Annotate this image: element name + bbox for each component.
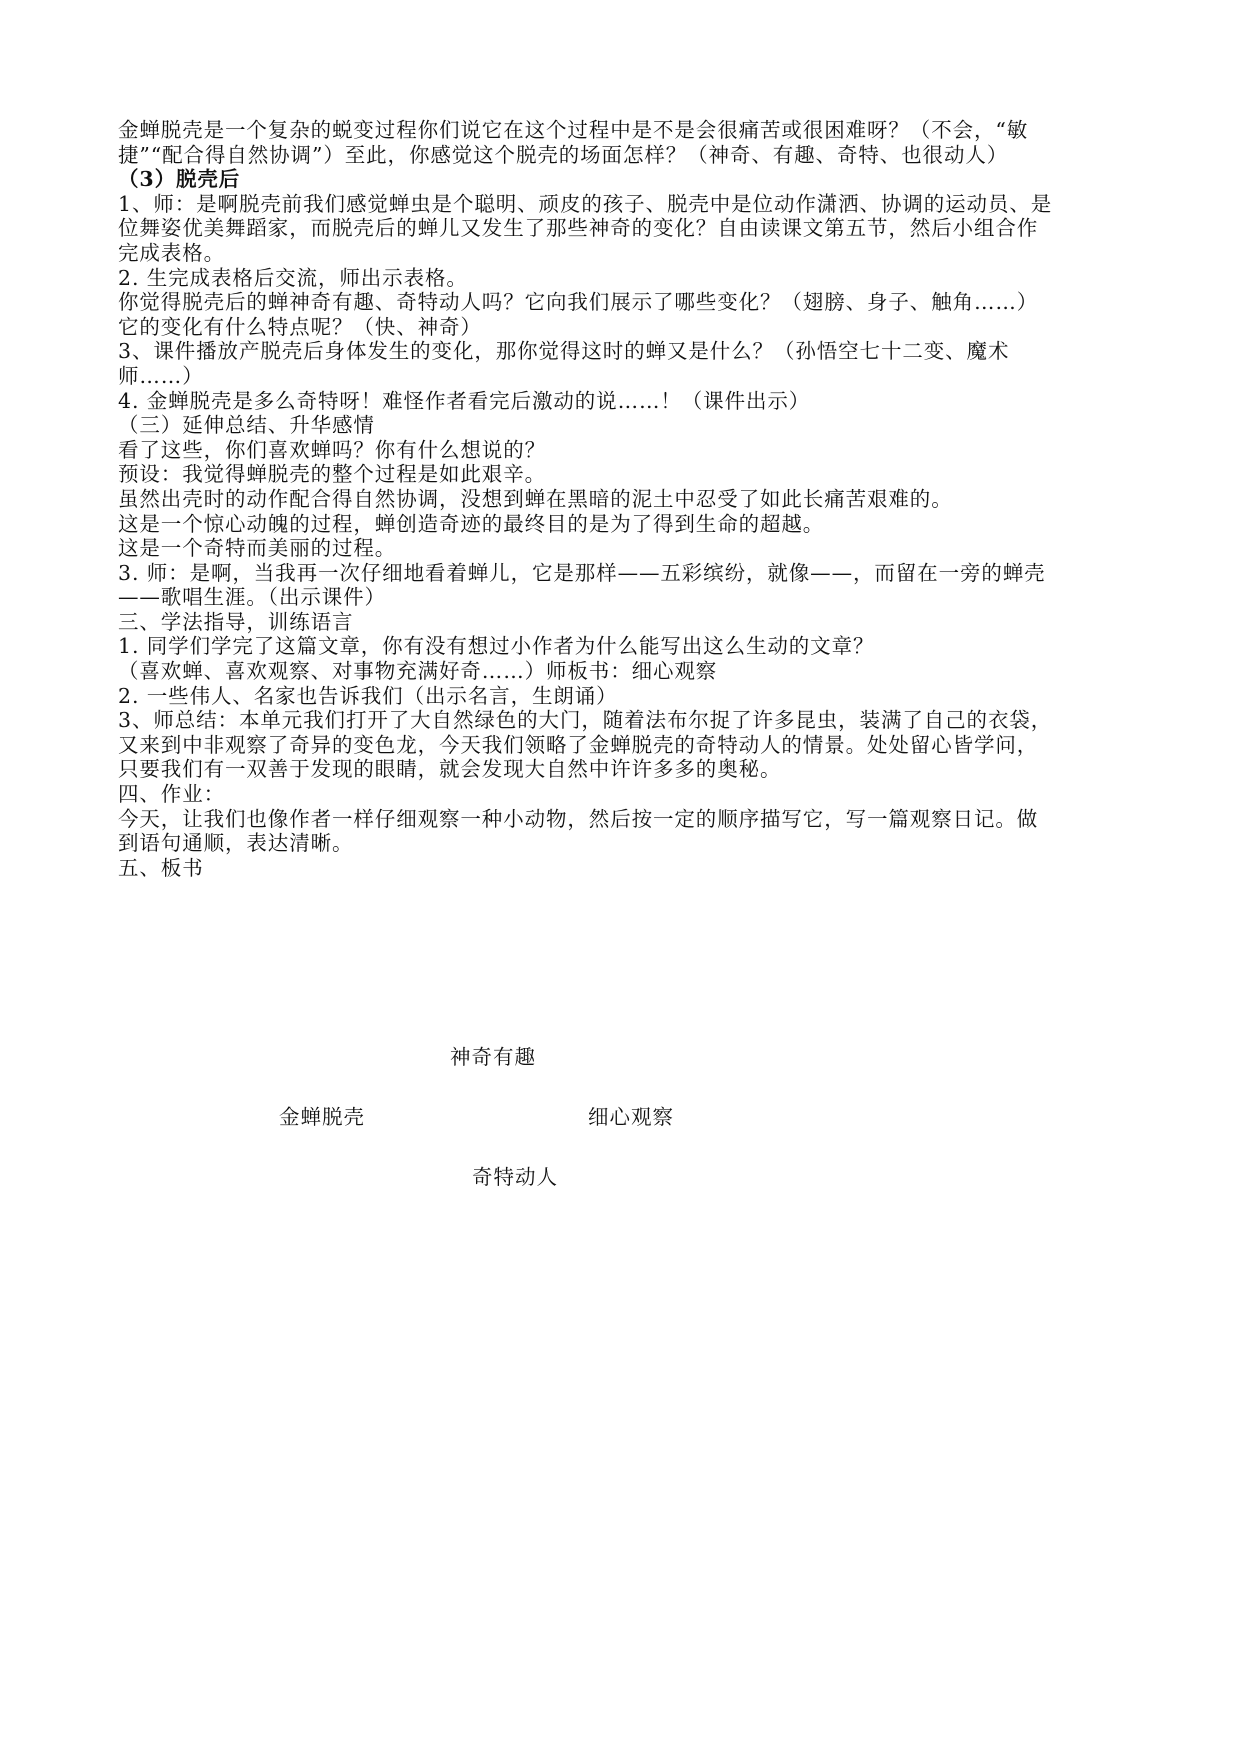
blackboard-top: 神奇有趣 — [450, 1040, 536, 1070]
paragraph-line: 2. 生完成表格后交流，师出示表格。 — [118, 266, 1118, 291]
section-heading: 五、板书 — [118, 856, 1118, 881]
paragraph-line: 到语句通顺，表达清晰。 — [118, 831, 1118, 856]
paragraph-line: 它的变化有什么特点呢？（快、神奇） — [118, 315, 1118, 340]
document-body: 金蝉脱壳是一个复杂的蜕变过程你们说它在这个过程中是不是会很痛苦或很困难呀？（不会… — [118, 118, 1118, 880]
paragraph-line: ——歌唱生涯。（出示课件） — [118, 585, 1118, 610]
blackboard-right: 细心观察 — [588, 1100, 674, 1130]
paragraph-line: 金蝉脱壳是一个复杂的蜕变过程你们说它在这个过程中是不是会很痛苦或很困难呀？（不会… — [118, 118, 1118, 143]
section-heading: （三）延伸总结、升华感情 — [118, 413, 1118, 438]
paragraph-line: 这是一个奇特而美丽的过程。 — [118, 536, 1118, 561]
paragraph-line: 1. 同学们学完了这篇文章，你有没有想过小作者为什么能写出这么生动的文章？ — [118, 634, 1118, 659]
paragraph-line: 你觉得脱壳后的蝉神奇有趣、奇特动人吗？它向我们展示了哪些变化？（翅膀、身子、触角… — [118, 290, 1118, 315]
paragraph-line: 预设：我觉得蝉脱壳的整个过程是如此艰辛。 — [118, 462, 1118, 487]
paragraph-line: 位舞姿优美舞蹈家，而脱壳后的蝉儿又发生了那些神奇的变化？自由读课文第五节，然后小… — [118, 216, 1118, 241]
paragraph-line: 师……） — [118, 364, 1118, 389]
paragraph-line: 看了这些，你们喜欢蝉吗？你有什么想说的？ — [118, 438, 1118, 463]
paragraph-line: 完成表格。 — [118, 241, 1118, 266]
section-heading: （3）脱壳后 — [118, 167, 1118, 192]
paragraph-line: 这是一个惊心动魄的过程，蝉创造奇迹的最终目的是为了得到生命的超越。 — [118, 512, 1118, 537]
paragraph-line: 今天，让我们也像作者一样仔细观察一种小动物，然后按一定的顺序描写它，写一篇观察日… — [118, 807, 1118, 832]
paragraph-line: 虽然出壳时的动作配合得自然协调，没想到蝉在黑暗的泥土中忍受了如此长痛苦艰难的。 — [118, 487, 1118, 512]
paragraph-line: （喜欢蝉、喜欢观察、对事物充满好奇……）师板书：细心观察 — [118, 659, 1118, 684]
paragraph-line: 3、课件播放产脱壳后身体发生的变化，那你觉得这时的蝉又是什么？（孙悟空七十二变、… — [118, 339, 1118, 364]
paragraph-line: 3、师总结：本单元我们打开了大自然绿色的大门，随着法布尔捉了许多昆虫，装满了自己… — [118, 708, 1118, 733]
section-heading: 三、学法指导，训练语言 — [118, 610, 1118, 635]
section-heading: 四、作业： — [118, 782, 1118, 807]
blackboard-left: 金蝉脱壳 — [279, 1100, 365, 1130]
paragraph-line: 捷”“配合得自然协调”）至此，你感觉这个脱壳的场面怎样？（神奇、有趣、奇特、也很… — [118, 143, 1118, 168]
paragraph-line: 只要我们有一双善于发现的眼睛，就会发现大自然中许许多多的奥秘。 — [118, 757, 1118, 782]
paragraph-line: 又来到中非观察了奇异的变色龙，今天我们领略了金蝉脱壳的奇特动人的情景。处处留心皆… — [118, 733, 1118, 758]
blackboard-bottom: 奇特动人 — [472, 1160, 558, 1190]
paragraph-line: 3. 师：是啊，当我再一次仔细地看着蝉儿，它是那样——五彩缤纷，就像——，而留在… — [118, 561, 1118, 586]
paragraph-line: 2. 一些伟人、名家也告诉我们（出示名言，生朗诵） — [118, 684, 1118, 709]
paragraph-line: 4. 金蝉脱壳是多么奇特呀！难怪作者看完后激动的说……！（课件出示） — [118, 389, 1118, 414]
paragraph-line: 1、师：是啊脱壳前我们感觉蝉虫是个聪明、顽皮的孩子、脱壳中是位动作潇洒、协调的运… — [118, 192, 1118, 217]
